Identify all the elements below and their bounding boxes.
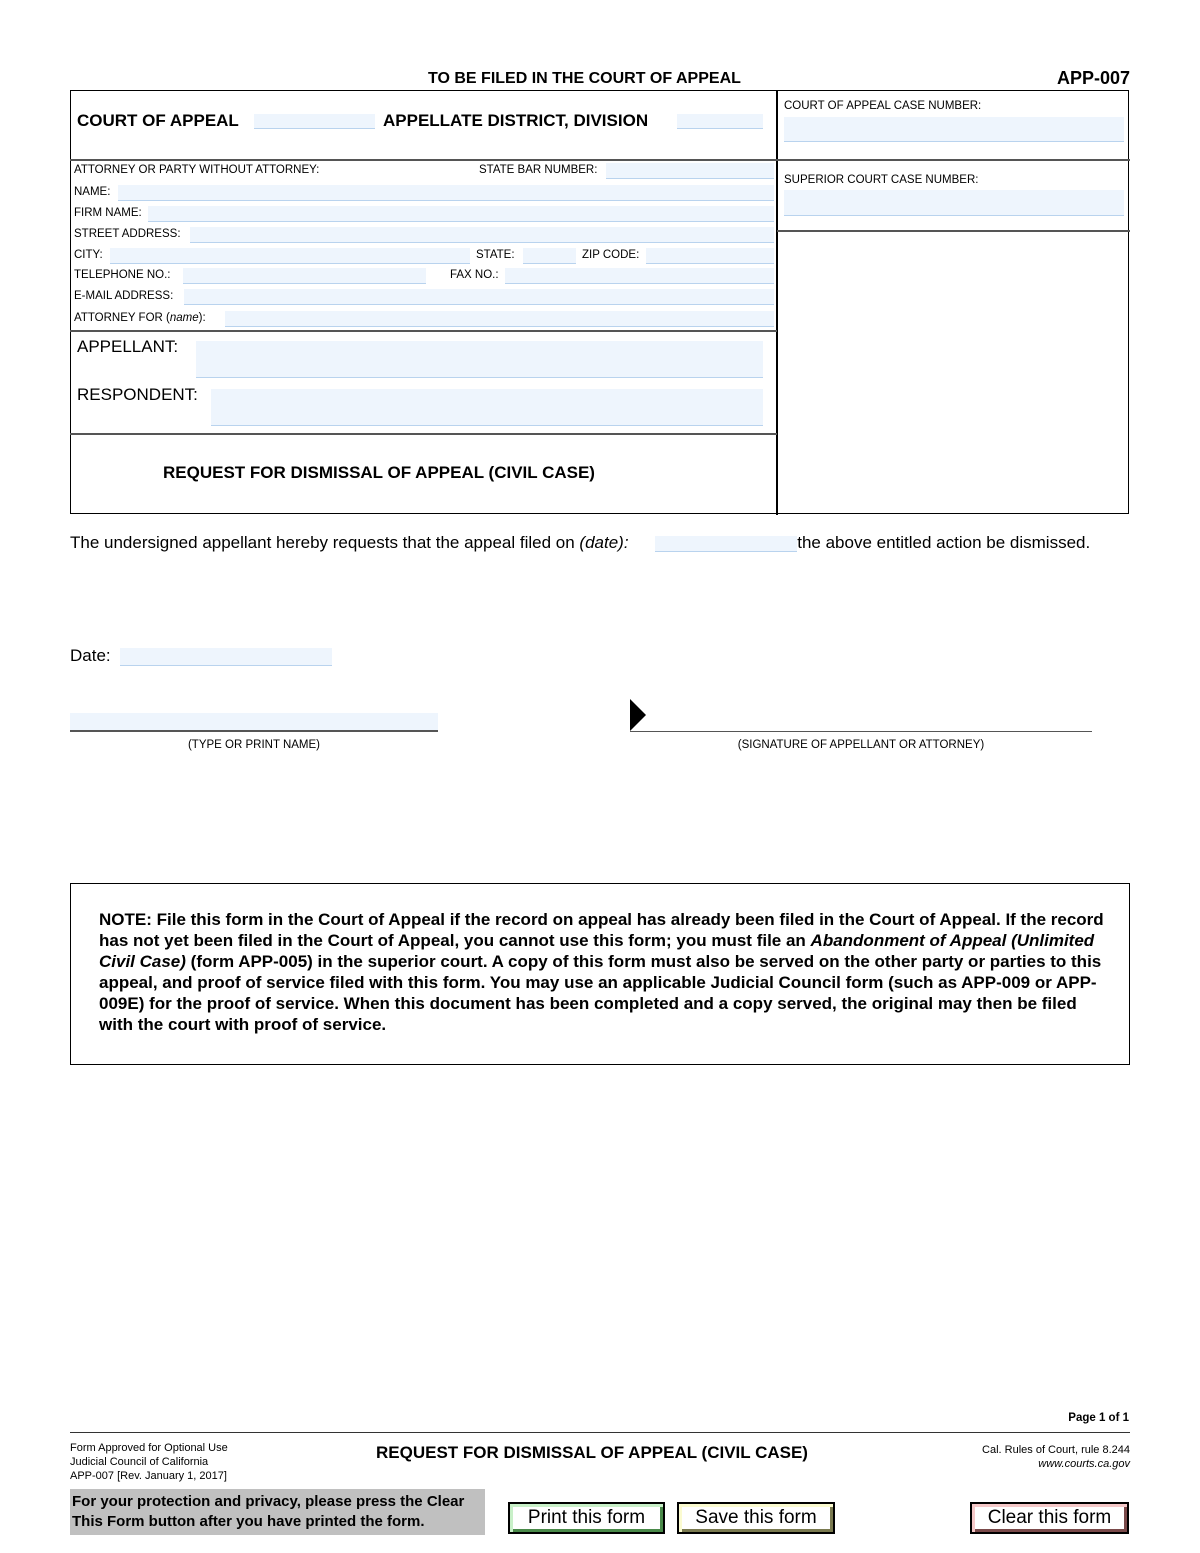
street-address-label: STREET ADDRESS: xyxy=(74,228,181,240)
fax-field[interactable] xyxy=(505,268,774,284)
firm-name-label: FIRM NAME: xyxy=(74,207,142,219)
header-title: TO BE FILED IN THE COURT OF APPEAL xyxy=(428,70,741,88)
footer-line: Form Approved for Optional Use xyxy=(70,1441,228,1455)
street-address-field[interactable] xyxy=(190,227,774,243)
name-field[interactable] xyxy=(118,185,774,201)
form-title: REQUEST FOR DISMISSAL OF APPEAL (CIVIL C… xyxy=(163,463,595,483)
district-field[interactable] xyxy=(254,114,375,129)
court-of-appeal-label: COURT OF APPEAL xyxy=(77,111,239,131)
page-number: Page 1 of 1 xyxy=(1068,1412,1129,1424)
court-rule: Cal. Rules of Court, rule 8.244 xyxy=(982,1443,1130,1457)
appeal-case-number-label: COURT OF APPEAL CASE NUMBER: xyxy=(784,100,981,112)
print-name-caption: (TYPE OR PRINT NAME) xyxy=(70,739,438,751)
state-bar-field[interactable] xyxy=(606,163,774,179)
date-label: Date: xyxy=(70,646,111,666)
column-divider xyxy=(776,90,778,515)
privacy-note: For your protection and privacy, please … xyxy=(70,1489,485,1535)
signature-line[interactable] xyxy=(630,731,1092,732)
attorney-for-field[interactable] xyxy=(225,311,774,327)
superior-case-number-field[interactable] xyxy=(784,190,1124,216)
telephone-label: TELEPHONE NO.: xyxy=(74,269,171,281)
footer-line: Judicial Council of California xyxy=(70,1455,228,1469)
city-label: CITY: xyxy=(74,249,103,261)
zip-code-label: ZIP CODE: xyxy=(582,249,639,261)
form-code: APP-007 xyxy=(1057,68,1130,89)
appeal-filed-date-field[interactable] xyxy=(655,536,797,552)
city-field[interactable] xyxy=(110,248,470,264)
appeal-case-number-field[interactable] xyxy=(784,117,1124,142)
zip-code-field[interactable] xyxy=(646,248,774,264)
state-label: STATE: xyxy=(476,249,515,261)
respondent-label: RESPONDENT: xyxy=(77,385,198,405)
attorney-for-label: ATTORNEY FOR (name): xyxy=(74,312,206,324)
note-text: NOTE: File this form in the Court of App… xyxy=(99,909,1109,1035)
appellant-label: APPELLANT: xyxy=(77,337,178,357)
name-label: NAME: xyxy=(74,186,110,198)
email-field[interactable] xyxy=(184,289,774,305)
save-form-button[interactable]: Save this form xyxy=(677,1502,835,1534)
attorney-section-label: ATTORNEY OR PARTY WITHOUT ATTORNEY: xyxy=(74,164,319,176)
divider xyxy=(70,330,777,332)
date-field[interactable] xyxy=(120,648,332,666)
respondent-field[interactable] xyxy=(211,389,763,426)
website-link[interactable]: www.courts.ca.gov xyxy=(982,1457,1130,1471)
footer-rule-info: Cal. Rules of Court, rule 8.244 www.cour… xyxy=(982,1443,1130,1471)
fax-label: FAX NO.: xyxy=(450,269,499,281)
name-line xyxy=(70,730,438,732)
divider xyxy=(777,159,1130,161)
superior-case-number-label: SUPERIOR COURT CASE NUMBER: xyxy=(784,174,978,186)
divider xyxy=(777,230,1130,232)
email-label: E-MAIL ADDRESS: xyxy=(74,290,173,302)
firm-name-field[interactable] xyxy=(148,206,774,222)
footer-title: REQUEST FOR DISMISSAL OF APPEAL (CIVIL C… xyxy=(376,1443,808,1463)
state-field[interactable] xyxy=(523,248,576,264)
state-bar-label: STATE BAR NUMBER: xyxy=(479,164,597,176)
district-label: APPELLATE DISTRICT, DIVISION xyxy=(383,111,648,131)
print-name-field[interactable] xyxy=(70,713,438,730)
print-form-button[interactable]: Print this form xyxy=(508,1502,665,1534)
divider xyxy=(70,159,777,161)
divider xyxy=(70,433,777,435)
request-statement: The undersigned appellant hereby request… xyxy=(70,533,1090,553)
footer-divider xyxy=(70,1432,1130,1433)
telephone-field[interactable] xyxy=(183,268,426,284)
clear-form-button[interactable]: Clear this form xyxy=(970,1502,1129,1534)
footer-line: APP-007 [Rev. January 1, 2017] xyxy=(70,1469,228,1483)
signature-caption: (SIGNATURE OF APPELLANT OR ATTORNEY) xyxy=(630,739,1092,751)
division-field[interactable] xyxy=(677,114,763,129)
appellant-field[interactable] xyxy=(196,341,763,378)
footer-form-info: Form Approved for Optional Use Judicial … xyxy=(70,1441,228,1483)
signature-arrow-icon xyxy=(630,699,646,731)
